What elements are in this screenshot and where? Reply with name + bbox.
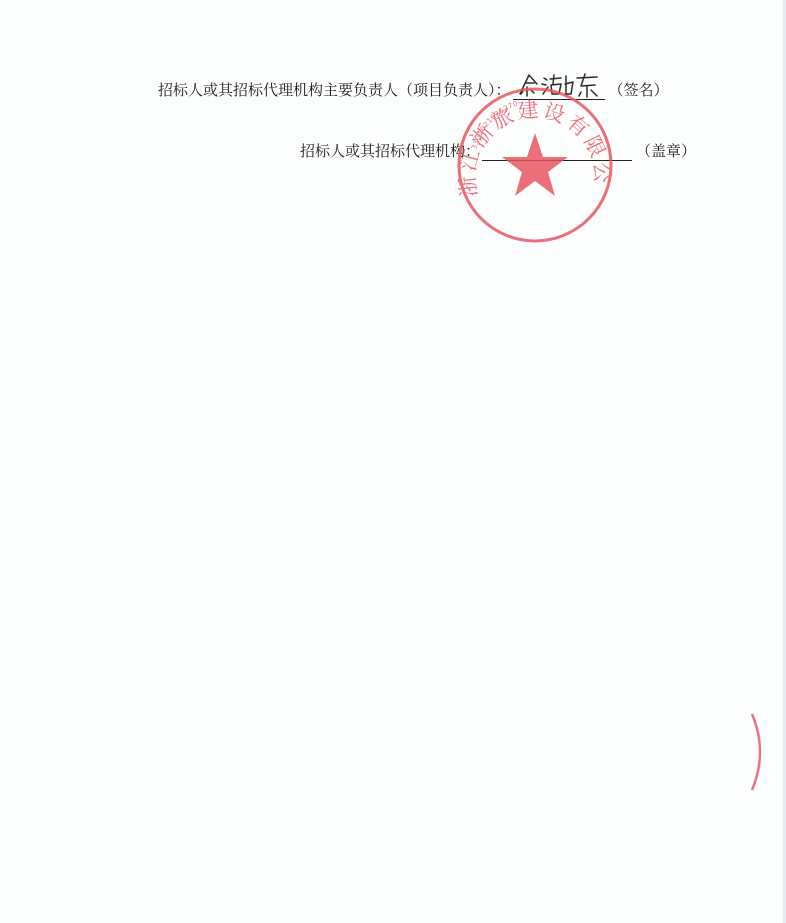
- signature-label: 招标人或其招标代理机构主要负责人（项目负责人）：: [158, 80, 511, 100]
- handwritten-signature: [517, 72, 601, 98]
- signature-line: 招标人或其招标代理机构主要负责人（项目负责人）： （签名）: [158, 80, 669, 100]
- seal-label: 招标人或其招标代理机构：: [300, 141, 480, 161]
- company-seal: 浙江浙旅建设有限公司 3301021025270: [456, 86, 614, 244]
- seal-line: 招标人或其招标代理机构： （盖章）: [300, 141, 696, 161]
- signature-blank: [513, 81, 605, 100]
- seal-suffix: （盖章）: [636, 141, 696, 161]
- seal-blank: [482, 142, 632, 161]
- signature-suffix: （签名）: [609, 80, 669, 100]
- partial-seal-arc: [748, 712, 768, 792]
